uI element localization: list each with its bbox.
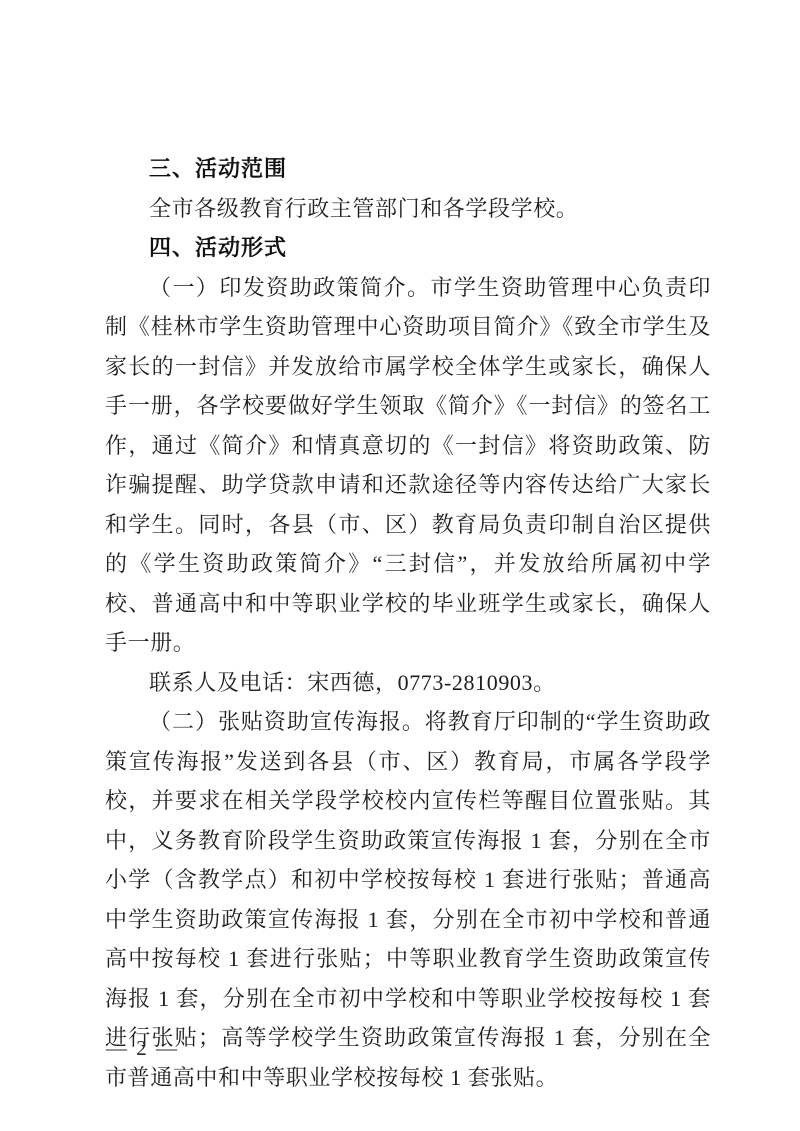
section-heading-activity-format: 四、活动形式 xyxy=(105,228,711,268)
document-body: 三、活动范围 全市各级教育行政主管部门和各学段学校。 四、活动形式 （一）印发资… xyxy=(105,149,711,1097)
document-page: 三、活动范围 全市各级教育行政主管部门和各学段学校。 四、活动形式 （一）印发资… xyxy=(0,0,800,1131)
paragraph-item-1-policy-leaflets: （一）印发资助政策简介。市学生资助管理中心负责印制《桂林市学生资助管理中心资助项… xyxy=(105,268,711,663)
page-number: — 2 — xyxy=(106,1036,179,1061)
section-heading-activity-scope: 三、活动范围 xyxy=(105,149,711,189)
paragraph-item-2-posters: （二）张贴资助宣传海报。将教育厅印制的“学生资助政策宣传海报”发送到各县（市、区… xyxy=(105,702,711,1097)
paragraph-activity-scope: 全市各级教育行政主管部门和各学段学校。 xyxy=(105,189,711,229)
paragraph-contact-info: 联系人及电话：宋西德，0773-2810903。 xyxy=(105,663,711,703)
